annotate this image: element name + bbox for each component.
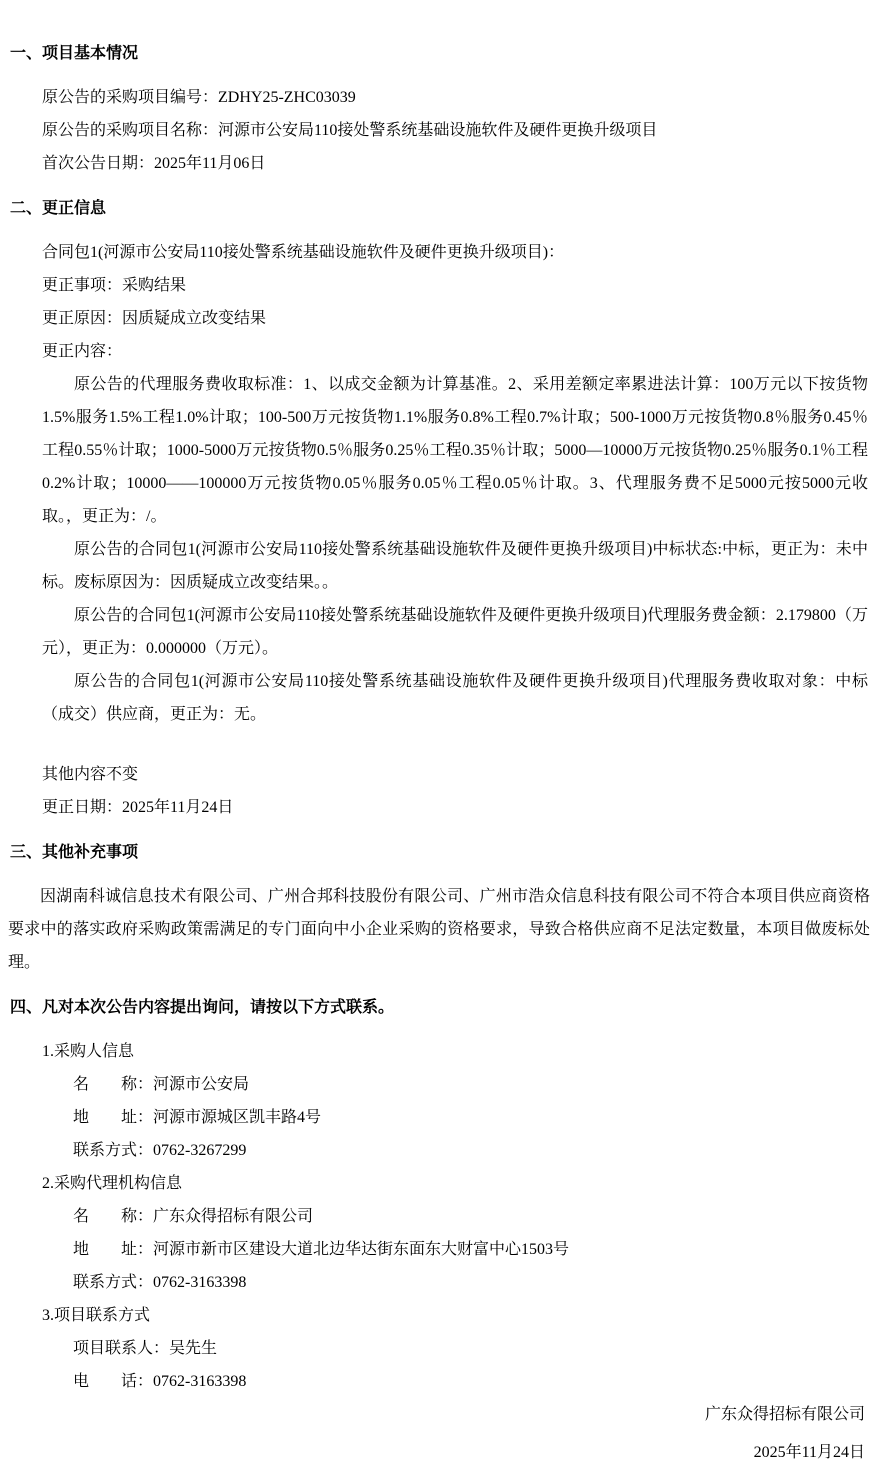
correction-paragraph-award-status: 原公告的合同包1(河源市公安局110接处警系统基础设施软件及硬件更换升级项目)中… — [42, 533, 868, 599]
correction-paragraph-agency-fee-payer: 原公告的合同包1(河源市公安局110接处警系统基础设施软件及硬件更换升级项目)代… — [42, 665, 868, 731]
first-announcement-date-line: 首次公告日期：2025年11月06日 — [42, 147, 868, 180]
purchaser-contact-line: 联系方式：0762-3267299 — [73, 1134, 878, 1167]
section-2-heading: 二、更正信息 — [10, 192, 868, 225]
section-1-heading: 一、项目基本情况 — [10, 37, 868, 70]
correction-paragraph-agency-fee-amount: 原公告的合同包1(河源市公安局110接处警系统基础设施软件及硬件更换升级项目)代… — [42, 599, 868, 665]
other-content-unchanged-line: 其他内容不变 — [42, 758, 868, 791]
project-number-line: 原公告的采购项目编号：ZDHY25-ZHC03039 — [42, 81, 868, 114]
announcement-document: 一、项目基本情况 原公告的采购项目编号：ZDHY25-ZHC03039 原公告的… — [0, 0, 878, 1478]
purchaser-info-title: 1.采购人信息 — [42, 1035, 878, 1068]
agency-info-title: 2.采购代理机构信息 — [42, 1167, 878, 1200]
agency-address-line: 地 址：河源市新市区建设大道北边华达街东面东大财富中心1503号 — [73, 1233, 878, 1266]
purchaser-name-line: 名 称：河源市公安局 — [73, 1068, 878, 1101]
agency-contact-line: 联系方式：0762-3163398 — [73, 1266, 878, 1299]
project-contact-phone-line: 电 话：0762-3163398 — [73, 1365, 878, 1398]
supplementary-note-paragraph: 因湖南科诚信息技术有限公司、广州合邦科技股份有限公司、广州市浩众信息科技有限公司… — [8, 880, 870, 979]
correction-date-line: 更正日期：2025年11月24日 — [42, 791, 868, 824]
project-name-line: 原公告的采购项目名称：河源市公安局110接处警系统基础设施软件及硬件更换升级项目 — [42, 114, 868, 147]
section-4-heading: 四、凡对本次公告内容提出询问，请按以下方式联系。 — [10, 991, 868, 1024]
project-contact-title: 3.项目联系方式 — [42, 1299, 878, 1332]
agency-name-line: 名 称：广东众得招标有限公司 — [73, 1200, 878, 1233]
purchaser-address-line: 地 址：河源市源城区凯丰路4号 — [73, 1101, 878, 1134]
signature-company: 广东众得招标有限公司 — [0, 1398, 865, 1431]
signature-date: 2025年11月24日 — [0, 1436, 865, 1469]
correction-content-label: 更正内容： — [42, 335, 868, 368]
contract-package-line: 合同包1(河源市公安局110接处警系统基础设施软件及硬件更换升级项目)： — [42, 236, 868, 269]
correction-item-line: 更正事项：采购结果 — [42, 269, 868, 302]
correction-reason-line: 更正原因：因质疑成立改变结果 — [42, 302, 868, 335]
correction-paragraph-agency-fee-standard: 原公告的代理服务费收取标准：1、以成交金额为计算基准。2、采用差额定率累进法计算… — [42, 368, 868, 533]
project-contact-person-line: 项目联系人：吴先生 — [73, 1332, 878, 1365]
section-3-heading: 三、其他补充事项 — [10, 836, 868, 869]
